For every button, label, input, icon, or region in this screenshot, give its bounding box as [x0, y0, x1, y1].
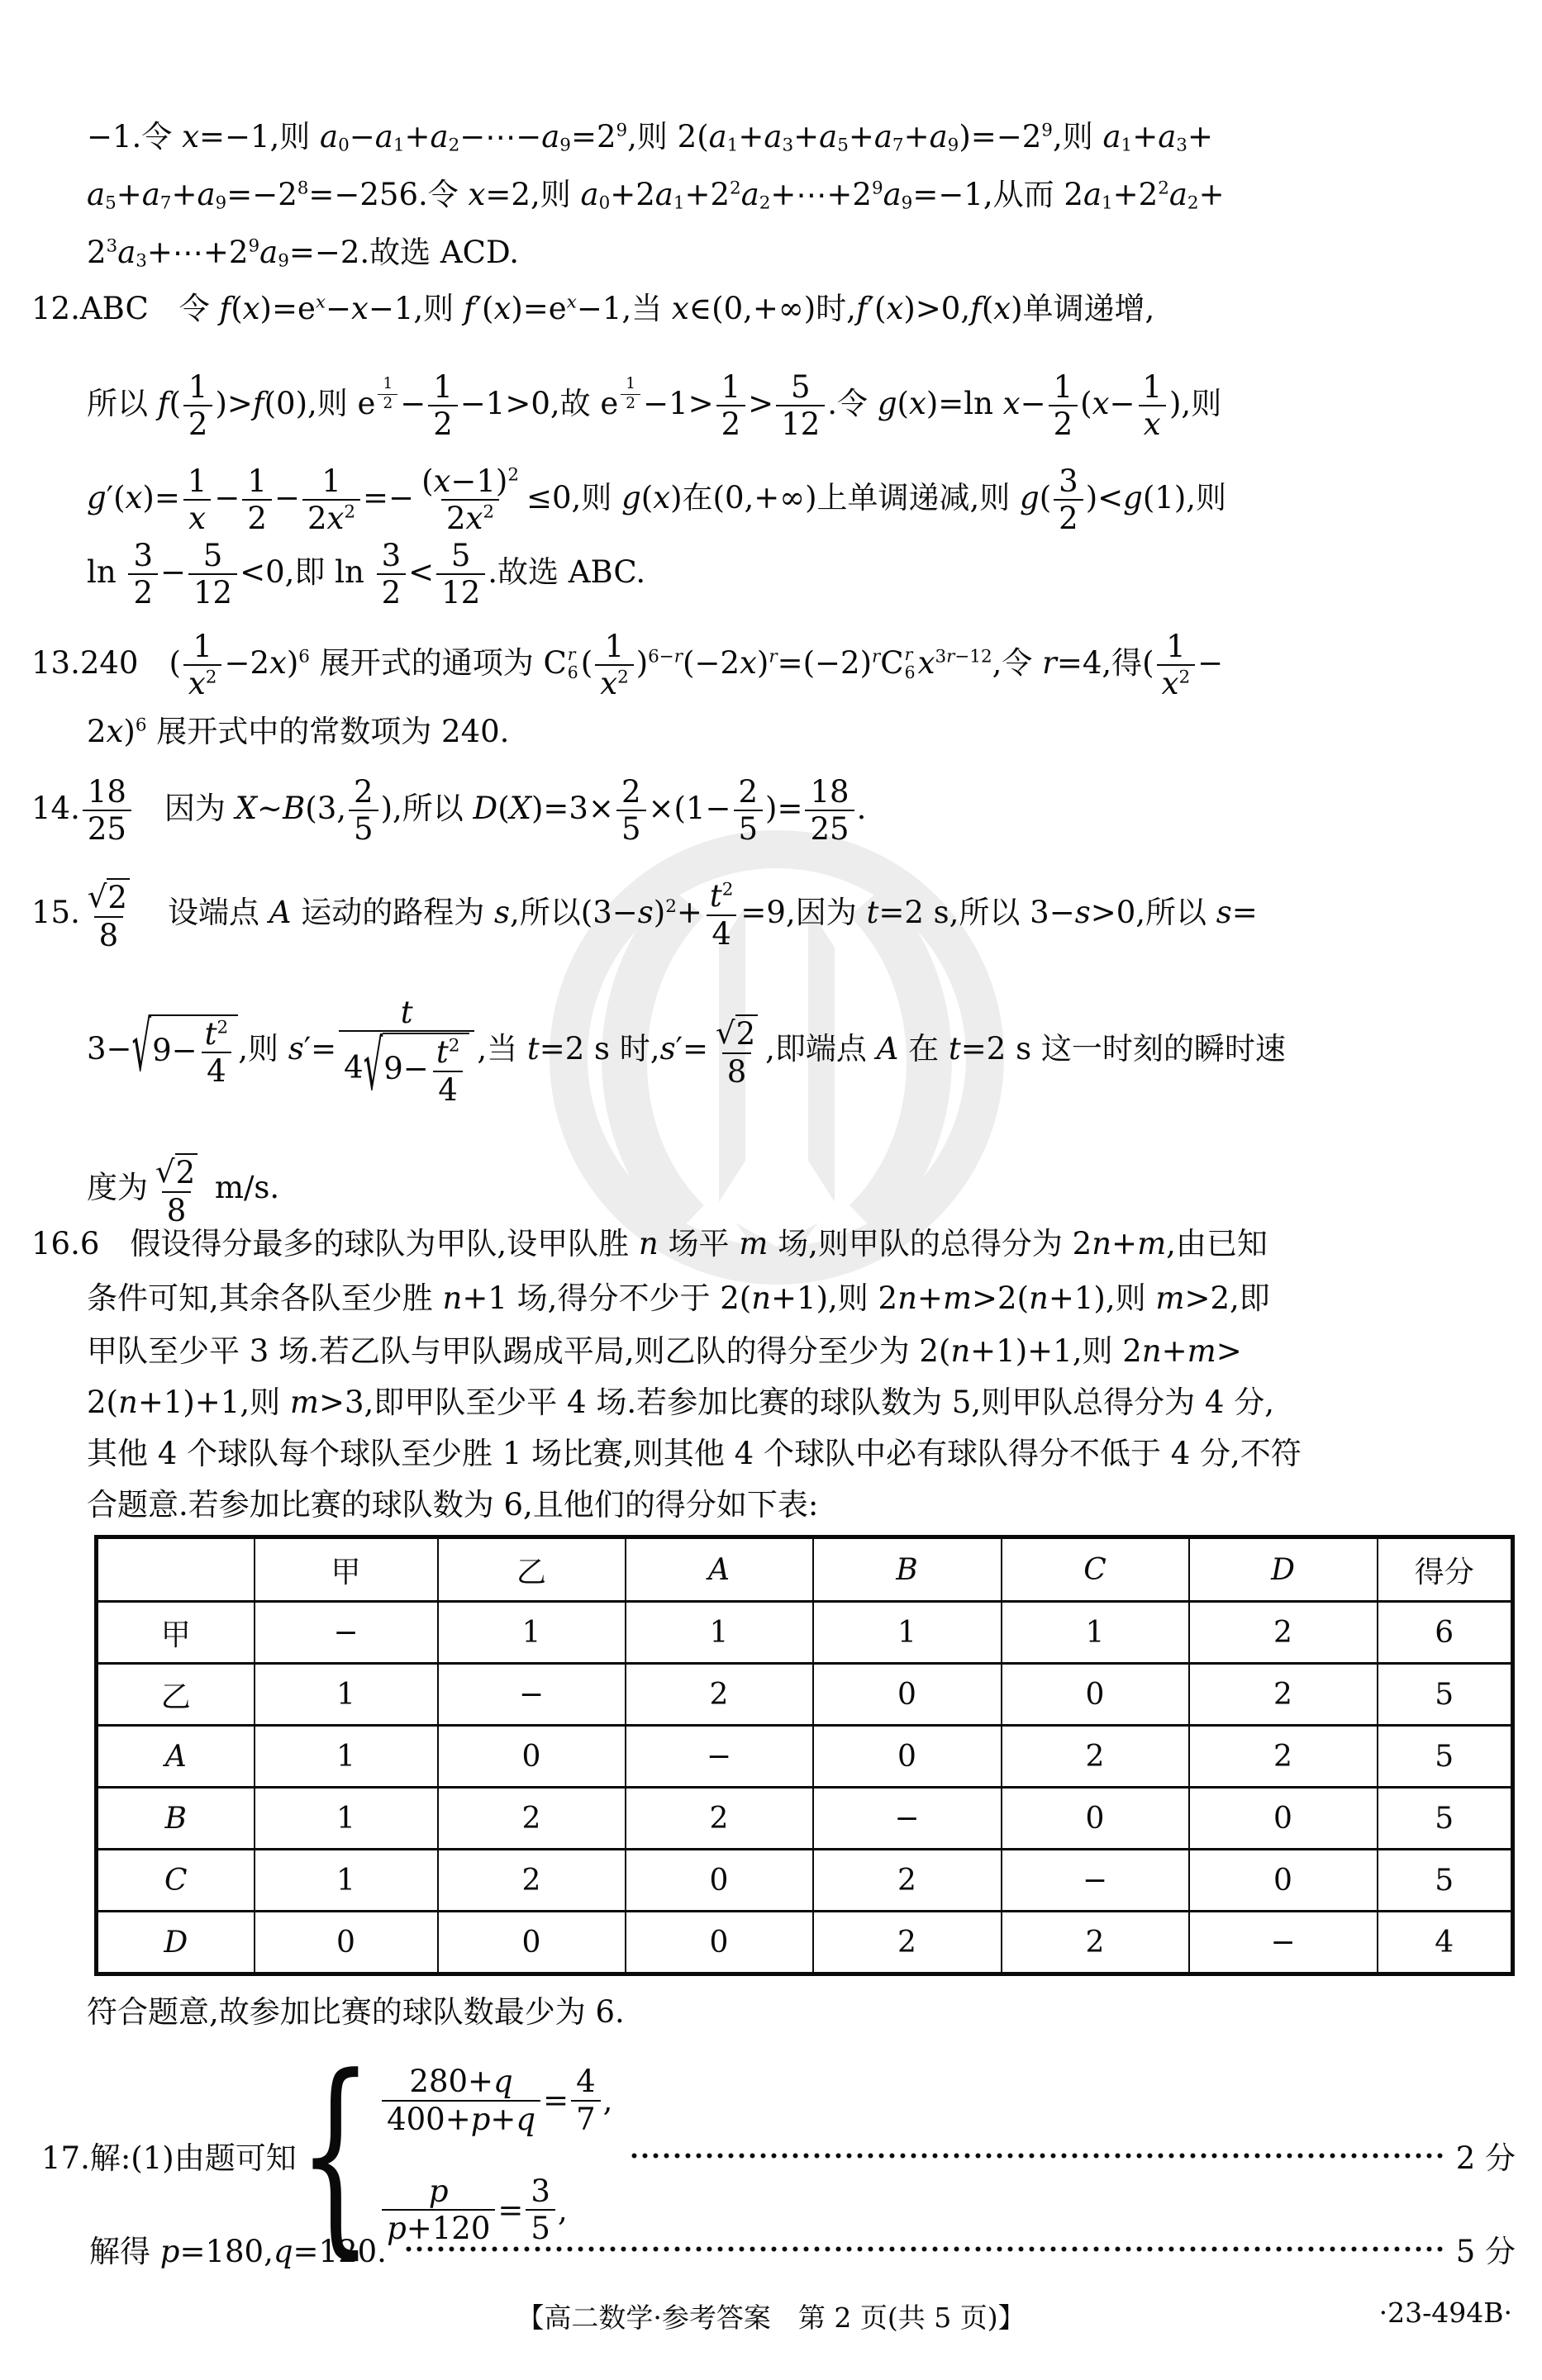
- table-cell: 1: [255, 1726, 438, 1788]
- content-line: 合题意.若参加比赛的球队数为 6,且他们的得分如下表:: [87, 1485, 818, 1525]
- item-17-prefix: 17.解:(1)由题可知: [41, 2133, 297, 2178]
- content-line: 条件可知,其余各队至少胜 n+1 场,得分不少于 2(n+1),则 2n+m>2…: [87, 1279, 1270, 1318]
- table-cell: 2: [438, 1788, 626, 1850]
- table-header-cell: 得分: [1378, 1537, 1513, 1602]
- answer-sheet-page: −1.令 x=−1,则 a0−a1+a2−⋯−a9=29,则 2(a1+a3+a…: [0, 0, 1542, 2380]
- content-line: −1.令 x=−1,则 a0−a1+a2−⋯−a9=29,则 2(a1+a3+a…: [87, 117, 1213, 157]
- table-cell: −: [1189, 1912, 1378, 1974]
- row-label-cell: A: [97, 1726, 255, 1788]
- table-cell: −: [1002, 1850, 1189, 1912]
- row-label-cell: 乙: [97, 1664, 255, 1726]
- score-label-5: 5 分: [1456, 2226, 1516, 2271]
- content-line: 3−√9−t24,则 s′=t4√9−t24,当 t=2 s 时,s′=√28,…: [87, 995, 1286, 1107]
- content-line: 所以 f(12)>f(0),则 e12−12−1>0,故 e12−1>12>51…: [87, 370, 1221, 442]
- table-cell: 5: [1378, 1788, 1513, 1850]
- table-cell: 2: [438, 1850, 626, 1912]
- table-cell: 2: [1002, 1726, 1189, 1788]
- table-cell: 2: [1002, 1912, 1189, 1974]
- score-table: 甲乙ABCD得分甲−111126乙1−20025A10−0225B122−005…: [94, 1535, 1515, 1976]
- content-line: ln 32−512<0,即 ln 32<512.故选 ABC.: [87, 539, 645, 610]
- row-label-cell: B: [97, 1788, 255, 1850]
- table-cell: 1: [438, 1602, 626, 1664]
- table-cell: 2: [1189, 1726, 1378, 1788]
- table-cell: 2: [1189, 1664, 1378, 1726]
- table-header-cell: 甲: [255, 1537, 438, 1602]
- answer-content: −1.令 x=−1,则 a0−a1+a2−⋯−a9=29,则 2(a1+a3+a…: [0, 0, 1542, 2380]
- table-cell: 1: [255, 1664, 438, 1726]
- table-cell: −: [813, 1788, 1002, 1850]
- content-line: 14.1825 因为 X∼B(3,25),所以 D(X)=3×25×(1−25)…: [31, 775, 866, 847]
- table-cell: 0: [255, 1912, 438, 1974]
- table-cell: 1: [255, 1850, 438, 1912]
- content-line: 其他 4 个球队每个球队至少胜 1 场比赛,则其他 4 个球队中必有球队得分不低…: [87, 1434, 1302, 1474]
- table-cell: 6: [1378, 1602, 1513, 1664]
- table-cell: 2: [813, 1912, 1002, 1974]
- content-line: 13.240 (1x2−2x)6 展开式的通项为 Cr6(1x2)6−r(−2x…: [31, 629, 1223, 701]
- item-17-solve-line: 解得 p=180,q=120. 5 分: [89, 2224, 1516, 2273]
- table-cell: 0: [1002, 1664, 1189, 1726]
- table-cell: 0: [438, 1726, 626, 1788]
- table-cell: −: [438, 1664, 626, 1726]
- row-label-cell: 甲: [97, 1602, 255, 1664]
- solve-text: 解得 p=180,q=120.: [89, 2226, 387, 2271]
- row-label-cell: D: [97, 1912, 255, 1974]
- table-cell: 0: [626, 1912, 813, 1974]
- table-cell: 1: [1002, 1602, 1189, 1664]
- content-line: 甲队至少平 3 场.若乙队与甲队踢成平局,则乙队的得分至少为 2(n+1)+1,…: [87, 1332, 1242, 1371]
- table-cell: 2: [1189, 1602, 1378, 1664]
- table-cell: 4: [1378, 1912, 1513, 1974]
- table-header-cell: C: [1002, 1537, 1189, 1602]
- content-line: 2x)6 展开式中的常数项为 240.: [87, 712, 509, 752]
- content-line: g′(x)=1x−12−12x2=−(x−1)22x2≤0,则 g(x)在(0,…: [87, 464, 1226, 536]
- table-cell: 5: [1378, 1850, 1513, 1912]
- table-cell: 0: [813, 1664, 1002, 1726]
- table-cell: −: [626, 1726, 813, 1788]
- footer-paper-code: ·23-494B·: [1379, 2297, 1512, 2329]
- table-header-cell: A: [626, 1537, 813, 1602]
- table-row: A10−0225: [97, 1726, 1513, 1788]
- dotted-leader: [629, 2152, 1442, 2159]
- dotted-leader: [403, 2245, 1443, 2253]
- table-row: D00022−4: [97, 1912, 1513, 1974]
- table-cell: 0: [626, 1850, 813, 1912]
- table-row: B122−005: [97, 1788, 1513, 1850]
- table-header-cell: 乙: [438, 1537, 626, 1602]
- content-line: 15.√28 设端点 A 运动的路程为 s,所以(3−s)2+t24=9,因为 …: [31, 877, 1258, 952]
- table-header-cell: [97, 1537, 255, 1602]
- table-cell: 2: [626, 1664, 813, 1726]
- table-header-cell: B: [813, 1537, 1002, 1602]
- table-row: C1202−05: [97, 1850, 1513, 1912]
- content-line: 度为√28 m/s.: [87, 1152, 279, 1228]
- table-row: 乙1−20025: [97, 1664, 1513, 1726]
- equation-1: 280+q400+p+q=47,: [379, 2064, 612, 2136]
- content-line: 23a3+⋯+29a9=−2.故选 ACD.: [87, 233, 519, 273]
- table-cell: 2: [626, 1788, 813, 1850]
- footer-page-info: 【高二数学·参考答案 第 2 页(共 5 页)】: [0, 2297, 1542, 2335]
- table-cell: 1: [626, 1602, 813, 1664]
- table-cell: −: [255, 1602, 438, 1664]
- table-cell: 0: [813, 1726, 1002, 1788]
- table-header-cell: D: [1189, 1537, 1378, 1602]
- table-row: 甲−111126: [97, 1602, 1513, 1664]
- table-cell: 0: [1189, 1850, 1378, 1912]
- table-cell: 1: [255, 1788, 438, 1850]
- table-cell: 5: [1378, 1726, 1513, 1788]
- content-line: 12.ABC 令 f(x)=ex−x−1,则 f′(x)=ex−1,当 x∈(0…: [31, 289, 1154, 329]
- row-label-cell: C: [97, 1850, 255, 1912]
- table-cell: 5: [1378, 1664, 1513, 1726]
- content-line: 16.6 假设得分最多的球队为甲队,设甲队胜 n 场平 m 场,则甲队的总得分为…: [31, 1224, 1268, 1264]
- table-cell: 0: [1002, 1788, 1189, 1850]
- table-cell: 0: [1189, 1788, 1378, 1850]
- equation-column: 280+q400+p+q=47, pp+120=35,: [379, 2064, 612, 2246]
- table-cell: 1: [813, 1602, 1002, 1664]
- score-label-2: 2 分: [1456, 2133, 1516, 2178]
- content-line: 2(n+1)+1,则 m>3,即甲队至少平 4 场.若参加比赛的球队数为 5,则…: [87, 1383, 1274, 1423]
- content-line: 符合题意,故参加比赛的球队数最少为 6.: [87, 1993, 625, 2032]
- table-cell: 2: [813, 1850, 1002, 1912]
- table-cell: 0: [438, 1912, 626, 1974]
- content-line: a5+a7+a9=−28=−256.令 x=2,则 a0+2a1+22a2+⋯+…: [87, 175, 1225, 215]
